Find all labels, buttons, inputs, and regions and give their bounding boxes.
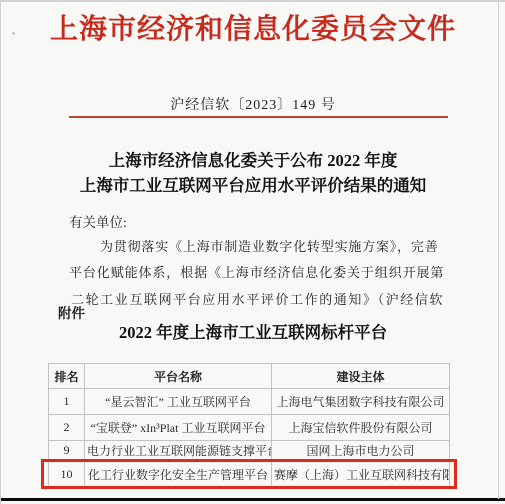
letterhead-title: 上海市经济和信息化委员会文件 — [1, 7, 505, 47]
attachment-title: 2022 年度上海市工业互联网标杆平台 — [1, 319, 505, 343]
cell-builder: 上海电气集团数字科技有限公司 — [272, 389, 450, 415]
table-row: 9 电力行业工业互联网能源链支撑平台 国网上海市电力公司 — [49, 441, 450, 461]
body-paragraph-line-2: 平台化赋能体系，根据《上海市经济信息化委关于组织开展第 — [69, 262, 444, 281]
letterhead-divider-rule — [69, 116, 448, 118]
cell-rank: 1 — [49, 389, 85, 415]
table-header-row: 排名 平台名称 建设主体 — [49, 364, 450, 389]
column-header-builder: 建设主体 — [272, 364, 450, 389]
cell-builder: 上海宝信软件股份有限公司 — [272, 415, 450, 441]
page-bottom-rule — [1, 498, 505, 501]
column-header-rank: 排名 — [49, 364, 85, 389]
cell-rank: 10 — [49, 461, 85, 488]
cell-rank: 2 — [49, 415, 85, 441]
column-header-platform: 平台名称 — [85, 364, 272, 389]
ranking-table: 排名 平台名称 建设主体 1 “星云智汇” 工业互联网平台 上海电气集团数字科技… — [48, 363, 450, 488]
official-document-page: 上海市经济和信息化委员会文件 沪经信软〔2023〕149 号 上海市经济信息化委… — [0, 0, 505, 504]
salutation: 有关单位: — [69, 211, 127, 231]
body-paragraph-line-3: 二轮工业互联网平台应用水平评价工作的通知》（沪经信软 — [71, 289, 444, 308]
table-row-highlighted: 10 化工行业数字化安全生产管理平台 赛摩（上海）工业互联网科技有限公司 — [49, 461, 450, 488]
document-number: 沪经信软〔2023〕149 号 — [1, 94, 505, 114]
notice-title-line-1: 上海市经济信息化委关于公布 2022 年度 — [1, 148, 505, 173]
notice-title: 上海市经济信息化委关于公布 2022 年度 上海市工业互联网平台应用水平评价结果… — [1, 148, 505, 198]
page-right-edge — [498, 2, 499, 499]
cell-rank: 9 — [49, 441, 85, 461]
notice-title-line-2: 上海市工业互联网平台应用水平评价结果的通知 — [1, 173, 505, 198]
cell-platform: 电力行业工业互联网能源链支撑平台 — [85, 441, 272, 461]
cell-builder: 赛摩（上海）工业互联网科技有限公司 — [272, 461, 450, 488]
cell-platform: “星云智汇” 工业互联网平台 — [85, 389, 272, 415]
table-row: 2 “宝联登” xIn³Plat 工业互联网平台 上海宝信软件股份有限公司 — [49, 415, 450, 441]
table-row: 1 “星云智汇” 工业互联网平台 上海电气集团数字科技有限公司 — [49, 389, 450, 415]
cell-platform: 化工行业数字化安全生产管理平台 — [85, 461, 272, 488]
cell-builder: 国网上海市电力公司 — [272, 441, 450, 461]
body-paragraph-line-1: 为贯彻落实《上海市制造业数字化转型实施方案》，完善 — [100, 236, 439, 255]
cell-platform: “宝联登” xIn³Plat 工业互联网平台 — [85, 415, 272, 441]
